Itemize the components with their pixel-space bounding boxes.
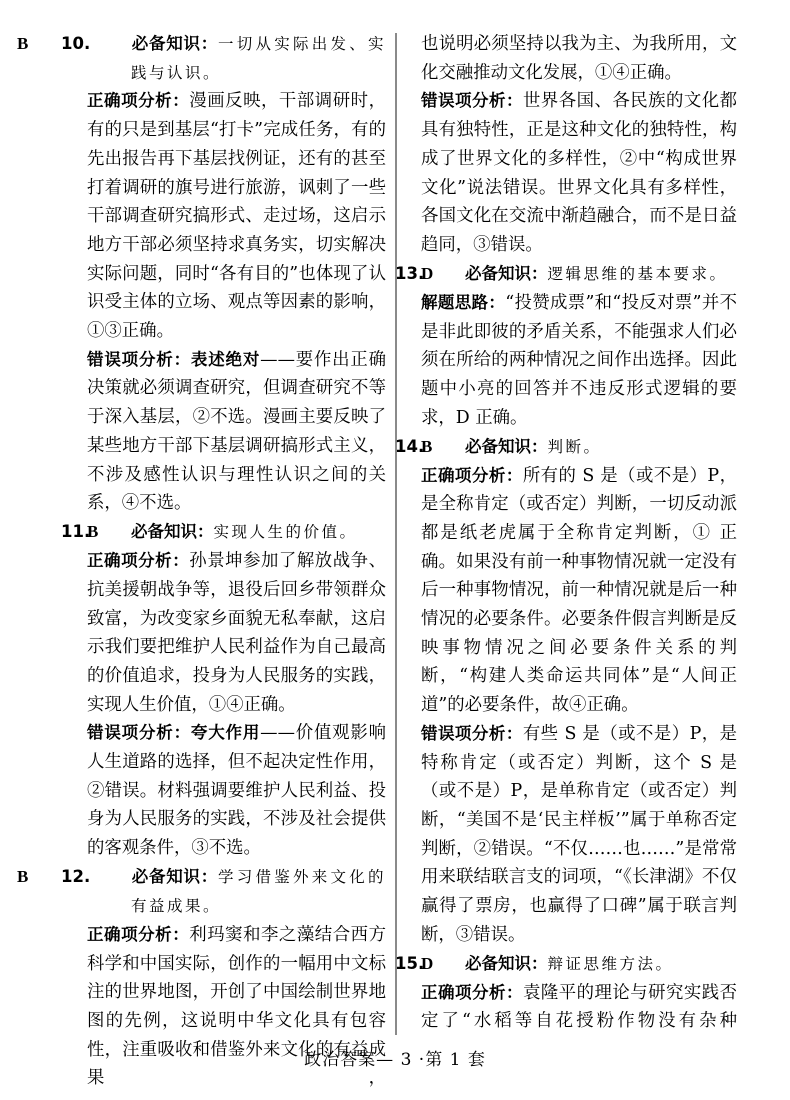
answer-letter: D bbox=[421, 950, 465, 979]
answer-item-14: 14.B必备知识：判断。 正确项分析：所有的 S 是（或不是）P，是全称肯定（或… bbox=[395, 433, 737, 950]
knowledge-text: 逻辑思维的基本要求。 bbox=[548, 260, 728, 289]
answer-letter: B bbox=[87, 30, 131, 59]
correct-analysis-text: 漫画反映，干部调研时，有的只是到基层“打卡”完成任务，有的先出报告再下基层找例证… bbox=[87, 91, 386, 341]
question-number: 10. bbox=[61, 30, 87, 59]
correct-analysis: 正确项分析：所有的 S 是（或不是）P，是全称肯定（或否定）判断，一切反动派都是… bbox=[395, 462, 737, 720]
question-header: 10.B必备知识：一切从实际出发、实践与认识。 bbox=[61, 30, 386, 87]
wrong-analysis-text: ——价值观影响人生道路的选择，但不起决定性作用，②错误。材料强调要维护人民利益、… bbox=[87, 723, 386, 858]
wrong-analysis: 错误项分析：有些 S 是（或不是）P，是特称肯定（或否定）判断，这个 S 是（或… bbox=[395, 720, 737, 950]
wrong-analysis-text: 有些 S 是（或不是）P，是特称肯定（或否定）判断，这个 S 是（或不是）P，是… bbox=[421, 724, 737, 945]
left-column: 10.B必备知识：一切从实际出发、实践与认识。 正确项分析：漫画反映，干部调研时… bbox=[61, 30, 386, 1093]
knowledge-text: 辩证思维方法。 bbox=[548, 950, 674, 979]
answer-letter: B bbox=[421, 433, 465, 462]
knowledge-label: 必备知识： bbox=[465, 950, 548, 979]
answer-letter: B bbox=[87, 863, 131, 892]
correct-analysis-label: 正确项分析： bbox=[421, 466, 523, 485]
wrong-analysis-text: 世界各国、各民族的文化都具有独特性，正是这种文化的独特性，构成了世界文化的多样性… bbox=[421, 91, 737, 255]
correct-analysis-label: 正确项分析： bbox=[87, 551, 189, 570]
question-header: 15.D必备知识：辩证思维方法。 bbox=[395, 950, 737, 979]
knowledge-text: 实现人生的价值。 bbox=[214, 518, 358, 547]
question-header: 13.D必备知识：逻辑思维的基本要求。 bbox=[395, 260, 737, 289]
answer-item-11: 11.B必备知识：实现人生的价值。 正确项分析：孙景坤参加了解放战争、抗美援朝战… bbox=[61, 518, 386, 862]
correct-analysis-continued: 也说明必须坚持以我为主、为我所用，文化交融推动文化发展，①④正确。 bbox=[405, 30, 737, 87]
wrong-analysis-label: 错误项分析： bbox=[421, 724, 523, 743]
question-number: 13. bbox=[395, 260, 421, 289]
question-number: 14. bbox=[395, 433, 421, 462]
question-number: 15. bbox=[395, 950, 421, 979]
question-header: 12.B必备知识：学习借鉴外来文化的有益成果。 bbox=[61, 863, 386, 920]
answer-item-15: 15.D必备知识：辩证思维方法。 正确项分析：袁隆平的理论与研究实践否定了“水稻… bbox=[395, 950, 737, 1036]
wrong-analysis-label: 错误项分析： bbox=[421, 91, 523, 110]
solution-approach: 解题思路：“投赞成票”和“投反对票”并不是非此即彼的矛盾关系，不能强求人们必须在… bbox=[395, 289, 737, 433]
question-number: 11. bbox=[61, 518, 87, 547]
correct-analysis-label: 正确项分析： bbox=[87, 925, 189, 944]
correct-analysis-label: 正确项分析： bbox=[87, 91, 189, 110]
wrong-analysis-label: 错误项分析：夸大作用 bbox=[87, 723, 260, 742]
knowledge-label: 必备知识： bbox=[465, 433, 548, 462]
correct-analysis-label: 正确项分析： bbox=[421, 983, 523, 1002]
correct-analysis: 正确项分析：孙景坤参加了解放战争、抗美援朝战争等，退役后回乡带领群众致富，为改变… bbox=[61, 547, 386, 719]
wrong-analysis-label: 错误项分析：表述绝对 bbox=[87, 350, 260, 369]
wrong-analysis: 错误项分析：夸大作用——价值观影响人生道路的选择，但不起决定性作用，②错误。材料… bbox=[61, 719, 386, 863]
knowledge-label: 必备知识： bbox=[465, 260, 548, 289]
solution-text: “投赞成票”和“投反对票”并不是非此即彼的矛盾关系，不能强求人们必须在所给的两种… bbox=[421, 293, 737, 428]
answer-letter: B bbox=[87, 518, 131, 547]
solution-label: 解题思路： bbox=[421, 293, 505, 312]
question-header: 11.B必备知识：实现人生的价值。 bbox=[61, 518, 386, 547]
right-column: 也说明必须坚持以我为主、为我所用，文化交融推动文化发展，①④正确。 错误项分析：… bbox=[405, 30, 737, 1036]
question-header: 14.B必备知识：判断。 bbox=[395, 433, 737, 462]
answer-item-13: 13.D必备知识：逻辑思维的基本要求。 解题思路：“投赞成票”和“投反对票”并不… bbox=[395, 260, 737, 432]
correct-analysis-text: 孙景坤参加了解放战争、抗美援朝战争等，退役后回乡带领群众致富，为改变家乡面貌无私… bbox=[87, 551, 386, 715]
answer-letter: D bbox=[421, 260, 465, 289]
wrong-analysis: 错误项分析：表述绝对——要作出正确决策就必须调查研究，但调查研究不等于深入基层，… bbox=[61, 346, 386, 518]
question-number: 12. bbox=[61, 863, 87, 892]
answer-item-10: 10.B必备知识：一切从实际出发、实践与认识。 正确项分析：漫画反映，干部调研时… bbox=[61, 30, 386, 518]
wrong-analysis-text: ——要作出正确决策就必须调查研究，但调查研究不等于深入基层，②不选。漫画主要反映… bbox=[87, 350, 386, 514]
correct-analysis-text: 也说明必须坚持以我为主、为我所用，文化交融推动文化发展，①④正确。 bbox=[421, 34, 737, 83]
page-footer: 政治答案— 3 ·第 1 套 bbox=[0, 1045, 790, 1070]
wrong-analysis: 错误项分析：世界各国、各民族的文化都具有独特性，正是这种文化的独特性，构成了世界… bbox=[405, 87, 737, 259]
knowledge-label: 必备知识： bbox=[131, 867, 218, 886]
knowledge-text: 判断。 bbox=[548, 433, 602, 462]
knowledge-label: 必备知识： bbox=[131, 34, 218, 53]
knowledge-label: 必备知识： bbox=[131, 518, 214, 547]
correct-analysis-text: 所有的 S 是（或不是）P，是全称肯定（或否定）判断，一切反动派都是纸老虎属于全… bbox=[421, 466, 737, 716]
answer-item-12-continued: 也说明必须坚持以我为主、为我所用，文化交融推动文化发展，①④正确。 错误项分析：… bbox=[405, 30, 737, 260]
correct-analysis: 正确项分析：袁隆平的理论与研究实践否定了“水稻等自花授粉作物没有杂种 bbox=[395, 979, 737, 1036]
correct-analysis: 正确项分析：漫画反映，干部调研时，有的只是到基层“打卡”完成任务，有的先出报告再… bbox=[61, 87, 386, 345]
